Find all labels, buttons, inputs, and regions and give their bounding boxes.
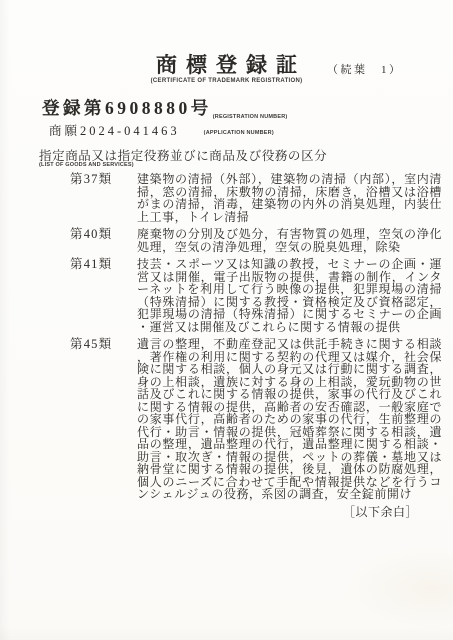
class-40-row: 第40類 廃棄物の分別及び処分，有害物質の処理，空気の浄化処理，空気の清浄処理，… <box>70 228 444 253</box>
class-37-row: 第37類 建築物の清掃（外部），建築物の清掃（内部），室内清掃，窓の清掃，床敷物… <box>70 173 444 223</box>
class-45-row: 第45類 遺言の整理，不動産登記又は供託手続きに関する相談，著作権の利用に関する… <box>70 338 444 501</box>
registration-number: 登録第6908880号 <box>42 98 212 118</box>
goods-services-heading-english: (LIST OF GOODS AND SERVICES) <box>39 162 134 168</box>
application-number: 商願2024-041463 <box>49 124 180 138</box>
registration-number-label: (REGISTRATION NUMBER) <box>213 114 288 120</box>
class-number-label: 第45類 <box>70 338 130 351</box>
class-41-row: 第41類 技芸・スポーツ又は知識の教授，セミナーの企画・運営又は開催，電子出版物… <box>70 258 444 333</box>
certificate-page: 商標登録証 (CERTIFICATE OF TRADEMARK REGISTRA… <box>0 0 453 640</box>
application-number-line: 商願2024-041463(APPLICATION NUMBER) <box>49 121 274 140</box>
class-description: 技芸・スポーツ又は知識の教授，セミナーの企画・運営又は開催，電子出版物の提供，書… <box>137 258 442 333</box>
certificate-title-english: (CERTIFICATE OF TRADEMARK REGISTRATION) <box>0 78 453 84</box>
class-number-label: 第37類 <box>70 173 130 186</box>
class-description: 建築物の清掃（外部），建築物の清掃（内部），室内清掃，窓の清掃，床敷物の清掃，床… <box>137 173 442 223</box>
class-number-label: 第41類 <box>70 258 130 271</box>
class-description: 遺言の整理，不動産登記又は供託手続きに関する相談，著作権の利用に関する契約の代理… <box>137 338 442 501</box>
application-number-label: (APPLICATION NUMBER) <box>204 130 274 136</box>
goods-services-list: 第37類 建築物の清掃（外部），建築物の清掃（内部），室内清掃，窓の清掃，床敷物… <box>70 173 444 519</box>
continuation-sheet-note: （続葉 1） <box>327 61 403 77</box>
class-description: 廃棄物の分別及び処分，有害物質の処理，空気の浄化処理，空気の清浄処理，空気の脱臭… <box>137 228 442 253</box>
end-of-text-note: ［以下余白］ <box>137 506 442 519</box>
class-number-label: 第40類 <box>70 228 130 241</box>
registration-number-line: 登録第6908880号(REGISTRATION NUMBER) <box>42 95 287 120</box>
